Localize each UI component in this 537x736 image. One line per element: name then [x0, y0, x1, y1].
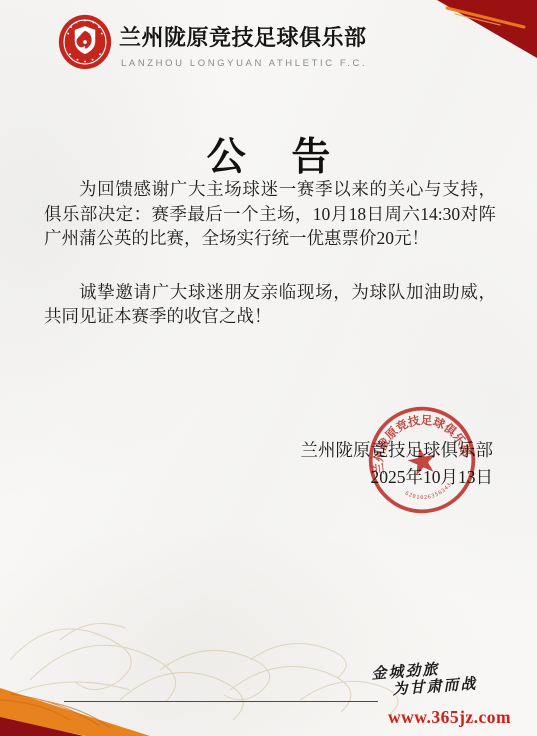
official-seal-stamp: 兰州陇原竞技足球俱乐部 6201026358343: [356, 394, 489, 527]
club-name-en: LANZHOU LONGYUAN ATHLETIC F.C.: [121, 58, 367, 69]
notice-paragraph-2: 诚挚邀请广大球迷朋友亲临现场，为球队加油助威，共同见证本赛季的收官之战！: [44, 280, 496, 329]
notice-paragraph-1: 为回馈感谢广大主场球迷一赛季以来的关心与支持，俱乐部决定：赛季最后一个主场，10…: [44, 177, 496, 251]
site-watermark: www.365jz.com: [388, 707, 511, 728]
stamp-serial-number: 6201026358343: [403, 481, 455, 506]
paper-background: [0, 0, 537, 736]
stamp-star-icon: [405, 444, 438, 476]
svg-text:6201026358343: 6201026358343: [403, 481, 455, 506]
notice-title: 公 告: [0, 126, 537, 182]
club-name-cn: 兰州陇原竞技足球俱乐部: [119, 21, 367, 52]
footer-divider-line: [64, 701, 378, 702]
notice-body: 为回馈感谢广大主场球迷一赛季以来的关心与支持，俱乐部决定：赛季最后一个主场，10…: [44, 177, 496, 358]
club-crest-icon: [57, 13, 113, 71]
header: 兰州陇原竞技足球俱乐部 LANZHOU LONGYUAN ATHLETIC F.…: [57, 13, 367, 71]
